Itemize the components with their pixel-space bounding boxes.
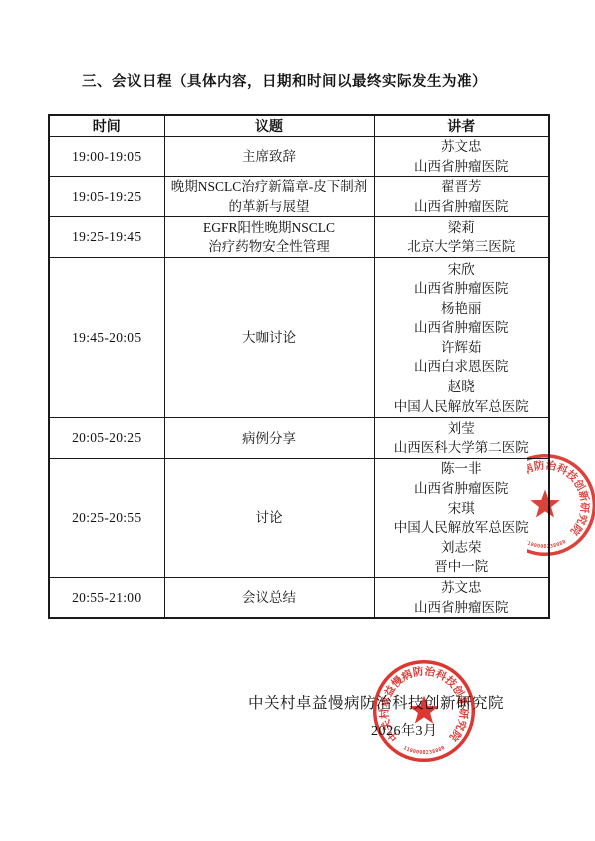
agenda-header-row: 时间 议题 讲者	[49, 115, 549, 137]
seal-ring-char: 防	[412, 665, 425, 679]
table-row: 19:45-20:05大咖讨论宋欣山西省肿瘤医院杨艳丽山西省肿瘤医院许辉茹山西白…	[49, 258, 549, 418]
seal-serial-digit: 0	[561, 539, 566, 546]
seal-ring-char: 慢	[388, 673, 406, 691]
agenda-table-body: 19:00-19:05主席致辞苏文忠山西省肿瘤医院19:05-19:25晚期NS…	[49, 137, 549, 619]
speaker-line: 赵晓	[377, 377, 547, 397]
topic-cell: 大咖讨论	[164, 258, 374, 418]
seal-serial-digit: 0	[440, 745, 445, 752]
time-cell: 19:05-19:25	[49, 177, 164, 217]
seal-serial-digit: 8	[553, 543, 557, 550]
speaker-cell: 宋欣山西省肿瘤医院杨艳丽山西省肿瘤医院许辉茹山西白求恩医院赵晓中国人民解放军总医…	[374, 258, 549, 418]
topic-cell: 主席致辞	[164, 137, 374, 177]
seal-ring-char: 技	[563, 467, 581, 485]
seal-serial-digit: 3	[429, 749, 433, 755]
topic-cell: 讨论	[164, 459, 374, 578]
seal-ring-char: 科	[554, 461, 570, 478]
topic-line: 主席致辞	[167, 147, 372, 167]
topic-line: 的革新与展望	[167, 197, 372, 217]
speaker-line: 翟晋芳	[377, 177, 547, 197]
speaker-line: 宋欣	[377, 260, 547, 280]
speaker-line: 中国人民解放军总医院	[377, 397, 547, 417]
speaker-line: 刘志荣	[377, 538, 547, 558]
speaker-line: 山西白求恩医院	[377, 357, 547, 377]
seal-serial-digit: 8	[559, 540, 564, 547]
seal-ring-char: 技	[442, 673, 460, 691]
speaker-cell: 梁莉北京大学第三医院	[374, 217, 549, 258]
seal-ring-char: 创	[570, 476, 587, 493]
speaker-line: 许辉茹	[377, 338, 547, 358]
topic-line: 晚期NSCLC治疗新篇章-皮下制剂	[167, 177, 372, 197]
document-page: 三、会议日程（具体内容，日期和时间以最终实际发生为准） 时间 议题 讲者 19:…	[0, 0, 595, 841]
seal-serial-digit: 1	[405, 746, 410, 753]
seal-serial-digit: 0	[435, 748, 440, 755]
seal-ring-char: 治	[424, 665, 437, 679]
topic-line: 病例分享	[167, 429, 372, 449]
speaker-cell: 翟晋芳山西省肿瘤医院	[374, 177, 549, 217]
table-row: 19:25-19:45EGFR阳性晚期NSCLC治疗药物安全性管理梁莉北京大学第…	[49, 217, 549, 258]
header-time: 时间	[49, 115, 164, 137]
seal-serial-digit: 0	[415, 749, 419, 755]
speaker-line: 苏文忠	[377, 578, 547, 598]
seal-ring-char: 究	[574, 512, 590, 527]
topic-cell: 晚期NSCLC治疗新篇章-皮下制剂的革新与展望	[164, 177, 374, 217]
speaker-line: 苏文忠	[377, 137, 547, 157]
topic-cell: EGFR阳性晚期NSCLC治疗药物安全性管理	[164, 217, 374, 258]
table-row: 20:25-20:55讨论陈一非山西省肿瘤医院宋琪中国人民解放军总医院刘志荣晋中…	[49, 459, 549, 578]
speaker-line: 山西省肿瘤医院	[377, 598, 547, 618]
speaker-line: 晋中一院	[377, 557, 547, 577]
speaker-line: 刘莹	[377, 419, 547, 439]
time-cell: 20:25-20:55	[49, 459, 164, 578]
time-cell: 19:25-19:45	[49, 217, 164, 258]
seal-serial-digit: 0	[409, 748, 414, 755]
speaker-line: 山西省肿瘤医院	[377, 318, 547, 338]
table-row: 19:05-19:25晚期NSCLC治疗新篇章-皮下制剂的革新与展望翟晋芳山西省…	[49, 177, 549, 217]
seal-serial-digit: 0	[412, 749, 416, 756]
topic-line: EGFR阳性晚期NSCLC	[167, 218, 372, 238]
seal-serial-digit: 8	[432, 749, 436, 756]
seal-ring-char: 研	[578, 502, 592, 514]
speaker-line: 山西省肿瘤医院	[377, 197, 547, 217]
agenda-table: 时间 议题 讲者 19:00-19:05主席致辞苏文忠山西省肿瘤医院19:05-…	[48, 114, 550, 619]
header-speaker: 讲者	[374, 115, 549, 137]
time-cell: 20:05-20:25	[49, 418, 164, 459]
issue-date: 2026年3月	[371, 720, 438, 740]
table-row: 19:00-19:05主席致辞苏文忠山西省肿瘤医院	[49, 137, 549, 177]
topic-line: 讨论	[167, 508, 372, 528]
table-row: 20:05-20:25病例分享刘莹山西医科大学第二医院	[49, 418, 549, 459]
seal-serial-digit: 0	[422, 750, 425, 756]
time-cell: 19:45-20:05	[49, 258, 164, 418]
speaker-line: 陈一非	[377, 459, 547, 479]
topic-cell: 病例分享	[164, 418, 374, 459]
time-cell: 19:00-19:05	[49, 137, 164, 177]
speaker-line: 梁莉	[377, 218, 547, 238]
seal-ring-char: 新	[576, 489, 591, 503]
speaker-line: 山西医科大学第二医院	[377, 438, 547, 458]
speaker-cell: 刘莹山西医科大学第二医院	[374, 418, 549, 459]
seal-ring-char: 病	[398, 667, 414, 684]
seal-ring-char: 院	[447, 727, 464, 744]
seal-serial-digit: 0	[419, 750, 422, 756]
section-title: 三、会议日程（具体内容，日期和时间以最终实际发生为准）	[82, 70, 487, 91]
table-row: 20:55-21:00会议总结苏文忠山西省肿瘤医院	[49, 577, 549, 618]
speaker-cell: 苏文忠山西省肿瘤医院	[374, 577, 549, 618]
speaker-line: 山西省肿瘤医院	[377, 279, 547, 299]
topic-cell: 会议总结	[164, 577, 374, 618]
speaker-line: 宋琪	[377, 499, 547, 519]
seal-serial-digit: 2	[426, 750, 429, 756]
speaker-line: 杨艳丽	[377, 299, 547, 319]
header-topic: 议题	[164, 115, 374, 137]
topic-line: 大咖讨论	[167, 328, 372, 348]
speaker-cell: 苏文忠山西省肿瘤医院	[374, 137, 549, 177]
seal-serial-digit: 3	[550, 543, 554, 549]
seal-ring-char: 科	[433, 667, 449, 684]
speaker-line: 北京大学第三医院	[377, 237, 547, 257]
speaker-line: 山西省肿瘤医院	[377, 479, 547, 499]
seal-serial-digit: 1	[402, 745, 407, 752]
topic-line: 会议总结	[167, 588, 372, 608]
seal-serial-digit: 0	[556, 542, 561, 549]
seal-ring-char: 院	[568, 521, 585, 538]
speaker-cell: 陈一非山西省肿瘤医院宋琪中国人民解放军总医院刘志荣晋中一院	[374, 459, 549, 578]
speaker-line: 山西省肿瘤医院	[377, 157, 547, 177]
issuing-organization: 中关村卓益慢病防治科技创新研究院	[248, 691, 504, 713]
topic-line: 治疗药物安全性管理	[167, 237, 372, 257]
speaker-line: 中国人民解放军总医院	[377, 518, 547, 538]
time-cell: 20:55-21:00	[49, 577, 164, 618]
seal-ring-char: 究	[453, 718, 469, 733]
seal-serial-digit: 8	[438, 746, 443, 753]
